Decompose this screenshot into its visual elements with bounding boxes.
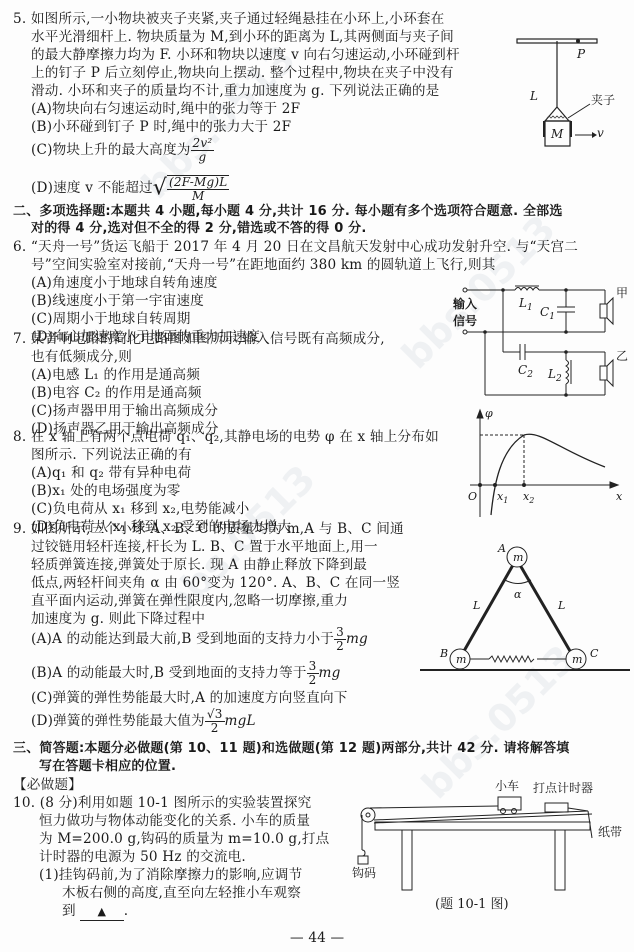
- q5-line: 水平光滑细杆上. 物块质量为 M,到小环的距离为 L,其两侧面与夹子间: [31, 29, 454, 45]
- svg-text:C: C: [590, 647, 599, 660]
- svg-text:C2: C2: [518, 363, 533, 380]
- q9-triangle-figure: m m m A B C L L α: [420, 535, 634, 680]
- q5-pendulum-figure: P L 夹子 M v: [480, 20, 634, 170]
- svg-text:输入: 输入: [452, 296, 477, 311]
- svg-text:信号: 信号: [453, 313, 477, 328]
- svg-text:夹子: 夹子: [591, 92, 615, 107]
- fraction: √32: [205, 708, 225, 735]
- answer-blank[interactable]: ▲: [80, 904, 124, 921]
- q6-line: 号”空间实验室对接前,“天舟一号”在距地面约 380 km 的圆轨道上飞行,则其: [31, 257, 496, 273]
- q8-option-c: (C)负电荷从 x₁ 移到 x₂,电势能减小: [31, 501, 249, 517]
- q10-line: 木板右侧的高度,直至向左轻推小车观察: [62, 885, 301, 901]
- q5-option-d: (D)速度 v 不能超过√(2F-Mg)LM: [31, 170, 229, 207]
- q10-apparatus-figure: 小车 打点计时器 纸带 钩码 (题 10-1 图): [350, 770, 634, 920]
- q7-circuit-figure: 输入 信号 L1 C1 C2 L2 甲 乙: [440, 280, 634, 410]
- section-2-heading: 二、多项选择题:本题共 4 小题,每小题 4 分,共计 16 分. 每小题有多个…: [13, 204, 563, 220]
- q8-option-b: (B)x₁ 处的电场强度为零: [31, 483, 181, 499]
- q7-line: 也有低频成分,则: [31, 349, 132, 365]
- q10-line: 10. (8 分)利用如题 10-1 图所示的实验装置探究: [13, 795, 311, 811]
- q10-line: 计时器的电源为 50 Hz 的交流电.: [39, 849, 246, 865]
- svg-text:B: B: [439, 647, 448, 660]
- q10-line: 为 M=200.0 g,钩码的质量为 m=10.0 g,打点: [39, 831, 329, 847]
- fraction: 2v²g: [191, 137, 215, 164]
- svg-text:m: m: [513, 551, 523, 564]
- svg-text:A: A: [497, 542, 506, 555]
- q6-option-b: (B)线速度小于第一宇宙速度: [31, 293, 204, 309]
- q6-option-a: (A)角速度小于地球自转角速度: [31, 275, 218, 291]
- svg-text:钩码: 钩码: [352, 866, 376, 880]
- svg-text:L: L: [472, 599, 480, 612]
- q5-option-a: (A)物块向右匀速运动时,绳中的张力等于 2F: [31, 101, 300, 117]
- q9-line: 9. 如图所示,三个小球 A、B、C 的质量均为 m,A 与 B、C 间通: [13, 521, 404, 537]
- q5-line: 的最大静摩擦力均为 F. 小环和物块以速度 v 向右匀速运动,小环碰到杆: [31, 47, 460, 63]
- svg-text:小车: 小车: [495, 779, 519, 793]
- svg-text:m: m: [572, 653, 582, 666]
- q5-line: 上的钉子 P 后立刻停止,物块向上摆动. 整个过程中,物块在夹子中没有: [31, 65, 454, 81]
- q10-answer-line: 到▲.: [62, 903, 128, 921]
- svg-text:纸带: 纸带: [598, 824, 622, 839]
- q7-option-a: (A)电感 L₁ 的作用是通高频: [31, 367, 200, 383]
- svg-text:C1: C1: [540, 305, 555, 322]
- required-label: 【必做题】: [13, 777, 82, 793]
- svg-text:x: x: [616, 490, 623, 503]
- q7-option-b: (B)电容 C₂ 的作用是通高频: [31, 385, 202, 401]
- fraction: (2F-Mg)LM: [167, 175, 229, 203]
- q10-line: 恒力做功与物体动能变化的关系. 小车的质量: [39, 813, 310, 829]
- q9-line: 过铰链用轻杆连接,杆长为 L. B、C 置于水平地面上,用一: [31, 539, 378, 555]
- svg-text:打点计时器: 打点计时器: [533, 780, 593, 795]
- svg-text:甲: 甲: [616, 286, 628, 300]
- q9-line: 低点,两轻杆间夹角 α 由 60°变为 120°. A、B、C 在同一竖: [31, 575, 400, 591]
- q5-line: 滑动. 小环和夹子的质量均不计,重力加速度为 g. 下列说法正确的是: [31, 83, 439, 99]
- svg-text:L1: L1: [518, 296, 533, 313]
- q8-line: 8. 在 x 轴上有两个点电荷 q₁、q₂,其静电场的电势 φ 在 x 轴上分布…: [13, 429, 439, 445]
- svg-text:(题 10-1 图): (题 10-1 图): [435, 897, 509, 912]
- q9-option-d: (D)弹簧的弹性势能最大值为√32mgL: [31, 704, 256, 738]
- fraction: 32: [307, 660, 319, 687]
- svg-text:α: α: [514, 588, 522, 601]
- q6-option-c: (C)周期小于地球自转周期: [31, 311, 191, 327]
- section-3-heading: 三、简答题:本题分必做题(第 10、11 题)和选做题(第 12 题)两部分,共…: [13, 741, 570, 757]
- q9-line: 轻质弹簧连接,弹簧处于原长. 现 A 由静止释放下降到最: [31, 557, 367, 573]
- section-2-heading-cont: 对的得 4 分,选对但不全的得 2 分,错选或不答的得 0 分.: [31, 221, 367, 237]
- q7-line: 7. 某音响电路的简化电路图如图所示,输入信号既有高频成分,: [13, 331, 385, 347]
- svg-text:L: L: [529, 89, 538, 103]
- svg-text:m: m: [456, 653, 466, 666]
- q6-line: 6. “天舟一号”货运飞船于 2017 年 4 月 20 日在文昌航天发射中心成…: [13, 239, 578, 255]
- q8-line: 图所示. 下列说法正确的有: [31, 447, 192, 463]
- fraction: 32: [334, 626, 346, 653]
- svg-text:乙: 乙: [616, 349, 628, 363]
- svg-text:L: L: [557, 599, 565, 612]
- q7-option-c: (C)扬声器甲用于输出高频成分: [31, 403, 218, 419]
- q10-subquestion-1: (1)挂钩码前,为了消除摩擦力的影响,应调节: [39, 867, 302, 883]
- q8-option-a: (A)q₁ 和 q₂ 带有异种电荷: [31, 465, 191, 481]
- section-3-heading-cont: 写在答题卡相应的位置.: [39, 759, 176, 775]
- q9-option-b: (B)A 的动能最大时,B 受到地面的支持力等于32mg: [31, 656, 341, 690]
- q9-option-a: (A)A 的动能达到最大前,B 受到地面的支持力小于32mg: [31, 622, 368, 656]
- svg-text:x1: x1: [497, 490, 508, 505]
- q5-line: 5. 如图所示,一小物块被夹子夹紧,夹子通过轻绳悬挂在小环上,小环套在: [13, 11, 444, 27]
- svg-text:M: M: [550, 127, 564, 141]
- page-number: — 44 —: [290, 930, 344, 946]
- svg-text:O: O: [468, 490, 477, 503]
- q9-line: 直平面内运动,弹簧在弹性限度内,忽略一切摩擦,重力: [31, 593, 348, 609]
- svg-text:L2: L2: [547, 367, 562, 384]
- q8-potential-graph: φ O x1 x2 x: [460, 405, 634, 525]
- svg-text:P: P: [576, 47, 586, 61]
- svg-text:v: v: [597, 126, 604, 140]
- q5-option-c: (C)物块上升的最大高度为2v²g: [31, 132, 214, 168]
- svg-text:x2: x2: [523, 490, 534, 505]
- svg-text:φ: φ: [485, 407, 493, 420]
